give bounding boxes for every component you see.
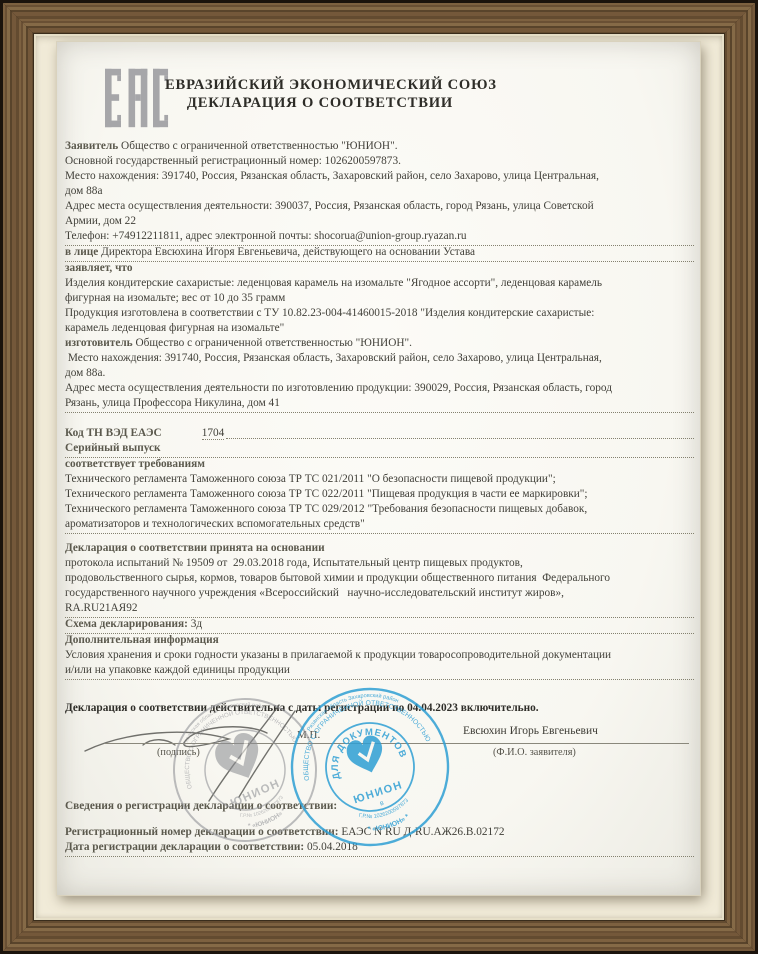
signature-caption: (подпись) — [157, 747, 200, 758]
title-line-declaration: ДЕКЛАРАЦИЯ О СООТВЕТСТВИИ — [165, 94, 475, 112]
frame-edge-bottom — [3, 920, 755, 951]
doc-line-text: Изделия кондитерские сахаристые: леденцо… — [65, 277, 602, 289]
doc-line-text: Основной государственный регистрационный… — [65, 155, 401, 167]
doc-line: Телефон: +74912211811, адрес электронной… — [65, 230, 694, 246]
doc-lines-bottom: Сведения о регистрации декларации о соот… — [65, 800, 694, 857]
doc-line: фигурная на изомальте; вес от 10 до 35 г… — [65, 292, 694, 307]
doc-line: Технического регламента Таможенного союз… — [65, 473, 694, 488]
doc-line: Место нахождения: 391740, Россия, Рязанс… — [65, 170, 694, 185]
doc-line-text: соответствует требованиям — [65, 458, 205, 470]
doc-line: Армии, дом 22 — [65, 215, 694, 230]
doc-line: Регистрационный номер декларации о соотв… — [65, 826, 694, 841]
doc-line: Декларация о соответствии действительна … — [65, 702, 694, 717]
doc-line: и/или на упаковке каждой единицы продукц… — [65, 664, 694, 680]
doc-line-text: Схема декларирования: — [65, 618, 191, 630]
doc-line: Дополнительная информация — [65, 634, 694, 649]
handwritten-signature — [79, 701, 329, 813]
doc-line: RA.RU21АЯ92 — [65, 602, 694, 618]
doc-line-text: Рязань, улица Профессора Никулина, дом 4… — [65, 397, 280, 409]
document-title: ЕВРАЗИЙСКИЙ ЭКОНОМИЧЕСКИЙ СОЮЗ ДЕКЛАРАЦИ… — [165, 76, 475, 112]
doc-line-text: Код ТН ВЭД ЕАЭС — [65, 427, 162, 439]
doc-line-text: в лице — [65, 246, 101, 258]
doc-line: Рязань, улица Профессора Никулина, дом 4… — [65, 397, 694, 413]
doc-line: заявляет, что — [65, 262, 694, 277]
fio-line — [433, 743, 689, 744]
doc-line: государственного научного учреждения «Вс… — [65, 587, 694, 602]
doc-line: дом 88а. — [65, 367, 694, 382]
doc-line-text: Декларация о соответствии принята на осн… — [65, 542, 325, 554]
dotted-leader — [226, 438, 694, 439]
doc-line-text: Продукция изготовлена в соответствии с Т… — [65, 307, 594, 319]
doc-line-text: 05.04.2018 — [307, 841, 358, 853]
doc-line: Серийный выпуск — [65, 442, 694, 458]
doc-line: продовольственного сырья, кормов, товаро… — [65, 572, 694, 587]
frame-edge-top — [3, 3, 755, 34]
doc-line: Продукция изготовлена в соответствии с Т… — [65, 307, 694, 322]
doc-line-text: RA.RU21АЯ92 — [65, 602, 138, 614]
doc-line-text: государственного научного учреждения «Вс… — [65, 587, 564, 599]
doc-line-text: Серийный выпуск — [65, 442, 161, 454]
title-line-union: ЕВРАЗИЙСКИЙ ЭКОНОМИЧЕСКИЙ СОЮЗ — [165, 76, 475, 94]
doc-line-text: 1704 — [202, 427, 225, 440]
doc-line-text: Технического регламента Таможенного союз… — [65, 503, 587, 515]
doc-line: Основной государственный регистрационный… — [65, 155, 694, 170]
doc-line-text: карамель леденцовая фигурная на изомальт… — [65, 322, 284, 334]
doc-line-text: Сведения о регистрации декларации о соот… — [65, 800, 337, 812]
declaration-paper: EAC ЕВР — [57, 42, 700, 895]
doc-line: ароматизаторов и технологических вспомог… — [65, 518, 694, 534]
doc-line-text: Телефон: +74912211811, адрес электронной… — [65, 230, 467, 242]
doc-line-text: Адрес места осуществления деятельности п… — [65, 382, 612, 394]
fio-caption: (Ф.И.О. заявителя) — [493, 747, 576, 758]
doc-line-text: Дополнительная информация — [65, 634, 219, 646]
doc-line-text: и/или на упаковке каждой единицы продукц… — [65, 664, 290, 676]
frame-edge-left — [3, 3, 34, 951]
doc-line-text: продовольственного сырья, кормов, товаро… — [65, 572, 610, 584]
doc-line: протокола испытаний № 19509 от 29.03.201… — [65, 557, 694, 572]
doc-line-text: Армии, дом 22 — [65, 215, 136, 227]
doc-lines-top: Заявитель Общество с ограниченной ответс… — [65, 140, 694, 717]
doc-line: Адрес места осуществления деятельности п… — [65, 382, 694, 397]
doc-line-text: Условия хранения и сроки годности указан… — [65, 649, 611, 661]
doc-line-text: Регистрационный номер декларации о соотв… — [65, 826, 341, 838]
doc-line-text: ароматизаторов и технологических вспомог… — [65, 518, 365, 530]
declaration-document: EAC ЕВР — [57, 42, 700, 895]
doc-line-text: Место нахождения: 391740, Россия, Рязанс… — [65, 170, 599, 182]
doc-line: Изделия кондитерские сахаристые: леденцо… — [65, 277, 694, 292]
doc-line-text: ЕАЭС N RU Д-RU.АЖ26.В.02172 — [341, 826, 504, 838]
doc-line-text: дом 88а. — [65, 367, 105, 379]
doc-line: Дата регистрации декларации о соответств… — [65, 841, 694, 857]
doc-line-text: Технического регламента Таможенного союз… — [65, 488, 588, 500]
doc-line: Адрес места осуществления деятельности: … — [65, 200, 694, 215]
doc-line: карамель леденцовая фигурная на изомальт… — [65, 322, 694, 337]
signature-line — [105, 743, 471, 744]
frame-mat: EAC ЕВР — [33, 33, 725, 921]
doc-line: Декларация о соответствии принята на осн… — [65, 542, 694, 557]
doc-line: Технического регламента Таможенного союз… — [65, 503, 694, 518]
doc-line-text: Технического регламента Таможенного союз… — [65, 473, 556, 485]
doc-line-text: Место нахождения: 391740, Россия, Рязанс… — [65, 352, 602, 364]
stamp-place-label: М.П. — [297, 729, 320, 741]
doc-line-text: Декларация о соответствии действительна … — [65, 702, 539, 714]
doc-line-text: фигурная на изомальте; вес от 10 до 35 г… — [65, 292, 285, 304]
doc-line-text: Дата регистрации декларации о соответств… — [65, 841, 307, 853]
doc-line: Место нахождения: 391740, Россия, Рязанс… — [65, 352, 694, 367]
doc-line: в лице Директора Евсюхина Игоря Евгеньев… — [65, 246, 694, 262]
doc-line: Технического регламента Таможенного союз… — [65, 488, 694, 503]
doc-line: Условия хранения и сроки годности указан… — [65, 649, 694, 664]
eac-logo-icon: EAC — [105, 68, 169, 128]
doc-line: Сведения о регистрации декларации о соот… — [65, 800, 694, 815]
doc-line-text: протокола испытаний № 19509 от 29.03.201… — [65, 557, 523, 569]
doc-line: Заявитель Общество с ограниченной ответс… — [65, 140, 694, 155]
doc-line: Схема декларирования: 3д — [65, 618, 694, 634]
framed-declaration-photo: { "header": { "eac_mark": "EAC", "title1… — [0, 0, 758, 954]
doc-line: Код ТН ВЭД ЕАЭС1704 — [65, 427, 694, 442]
doc-line-text: изготовитель — [65, 337, 135, 349]
doc-line-text: Общество с ограниченной ответственностью… — [121, 140, 397, 152]
doc-line: соответствует требованиям — [65, 458, 694, 473]
doc-line: изготовитель Общество с ограниченной отв… — [65, 337, 694, 352]
doc-line-text: дом 88а — [65, 185, 102, 197]
doc-line-text: Заявитель — [65, 140, 121, 152]
signature-block: (подпись) М.П. Евсюхин Игорь Евгеньевич … — [65, 717, 694, 797]
frame-edge-right — [724, 3, 755, 951]
doc-line-text: Директора Евсюхина Игоря Евгеньевича, де… — [101, 246, 475, 258]
doc-line-text: Адрес места осуществления деятельности: … — [65, 200, 594, 212]
document-header: EAC ЕВР — [65, 68, 694, 140]
doc-line-text: заявляет, что — [65, 262, 132, 274]
doc-line-text: 3д — [191, 618, 202, 630]
doc-line-text: Общество с ограниченной ответственностью… — [135, 337, 411, 349]
doc-line: дом 88а — [65, 185, 694, 200]
applicant-name: Евсюхин Игорь Евгеньевич — [463, 725, 598, 737]
